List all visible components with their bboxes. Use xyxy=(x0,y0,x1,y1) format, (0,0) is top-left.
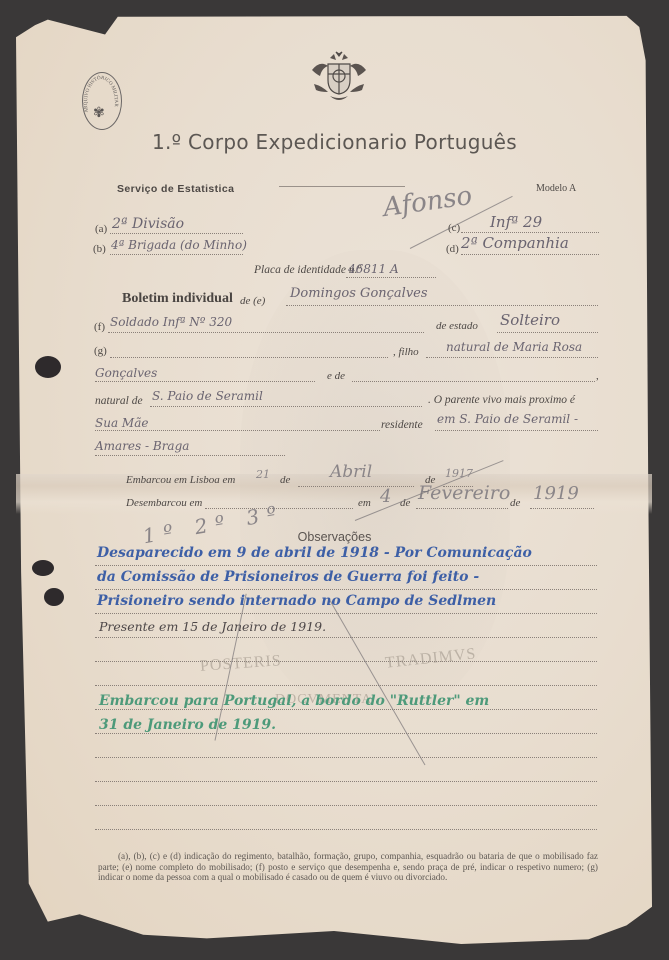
bulletin-label: Boletim individual xyxy=(122,291,233,307)
page-title: 1.º Corpo Expedicionario Português xyxy=(0,130,669,154)
field-f-value: Soldado Infª Nº 320 xyxy=(110,315,232,329)
estado-value: Solteiro xyxy=(500,311,560,329)
observation-line xyxy=(95,781,597,782)
desembarcou-em: em xyxy=(358,497,371,509)
embarcou-label: Embarcou em Lisboa em xyxy=(126,474,235,486)
soldier-name: Domingos Gonçalves xyxy=(290,286,428,301)
estado-label: de estado xyxy=(436,320,478,332)
observation-line xyxy=(95,685,597,686)
royal-crest-icon xyxy=(306,50,372,104)
field-d-line xyxy=(461,254,599,255)
natural-line xyxy=(150,406,422,407)
desembarcou-month: Fevereiro xyxy=(418,482,510,504)
natural-value: S. Paio de Seramil xyxy=(152,389,263,403)
field-a-value: 2ª Divisão xyxy=(112,216,184,232)
desembarcou-year-line xyxy=(530,508,594,509)
e-de-label: e de xyxy=(327,370,345,382)
embarcou-month-line xyxy=(298,486,414,487)
name-line xyxy=(286,305,598,306)
desembarcou-de2: de xyxy=(510,497,520,509)
field-c-line xyxy=(461,232,599,233)
observation-line xyxy=(95,565,597,566)
residente-cont-line xyxy=(95,455,285,456)
identity-plate-line xyxy=(346,277,436,278)
parente-line xyxy=(95,430,380,431)
embarcou-de: de xyxy=(280,474,290,486)
filho-value: natural de Maria Rosa xyxy=(446,340,582,354)
comma: , xyxy=(596,370,599,382)
observation-line xyxy=(95,589,597,590)
residente-cont-value: Amares - Braga xyxy=(95,439,189,453)
filho-cont-line xyxy=(95,381,315,382)
natural-label: natural de xyxy=(95,395,143,407)
desembarcou-year: 1919 xyxy=(533,483,579,504)
e-de-line xyxy=(352,381,595,382)
field-b-label: (b) xyxy=(93,243,106,255)
field-c-value: Infª 29 xyxy=(490,213,542,231)
desembarcou-month-line xyxy=(416,508,508,509)
observation-entry: Desaparecido em 9 de abril de 1918 - Por… xyxy=(97,545,532,561)
observation-line xyxy=(95,805,597,806)
residente-line xyxy=(435,430,598,431)
identity-plate-value: 46811 A xyxy=(348,262,399,276)
service-label: Serviço de Estatistica xyxy=(117,183,234,195)
field-d-value: 2ª Companhia xyxy=(461,234,569,252)
field-d-label: (d) xyxy=(446,243,459,255)
footnote: (a), (b), (c) e (d) indicação do regimen… xyxy=(98,851,598,883)
field-a-label: (a) xyxy=(95,223,107,235)
bulletin-de-label: de (e) xyxy=(240,295,265,307)
residente-label: residente xyxy=(381,419,423,431)
field-f-line xyxy=(108,332,424,333)
observation-line xyxy=(95,637,597,638)
identity-plate-label: Placa de identidade n.º xyxy=(254,264,361,276)
punch-hole xyxy=(32,560,54,576)
punch-hole xyxy=(44,588,64,606)
field-c-label: (c) xyxy=(448,222,460,234)
field-g-label: (g) xyxy=(94,345,107,357)
archive-stamp: ARQUIVO HISTÓRICO MILITAR ✾ xyxy=(82,72,122,130)
observation-entry: Presente em 15 de Janeiro de 1919. xyxy=(99,619,326,634)
observation-line xyxy=(95,661,597,662)
field-a-line xyxy=(110,233,243,234)
desembarcou-day: 4 xyxy=(380,486,391,507)
observation-line xyxy=(95,757,597,758)
embarcou-day: 21 xyxy=(256,468,270,481)
observation-line xyxy=(95,829,597,830)
punch-hole xyxy=(35,356,61,378)
observation-entry: Embarcou para Portugal, a bordo do "Rutt… xyxy=(99,693,489,709)
header-rule xyxy=(279,186,405,187)
field-b-value: 4ª Brigada (do Minho) xyxy=(111,238,247,252)
observation-line xyxy=(95,733,597,734)
observation-entry: Prisioneiro sendo internado no Campo de … xyxy=(97,593,496,609)
field-g-line xyxy=(110,357,388,358)
estado-line xyxy=(497,332,598,333)
observation-line xyxy=(95,613,597,614)
filho-line xyxy=(426,357,598,358)
stamp-crest-icon: ✾ xyxy=(93,105,105,122)
residente-value: em S. Paio de Seramil - xyxy=(437,412,578,426)
filho-label: , filho xyxy=(393,346,419,358)
field-f-label: (f) xyxy=(94,321,105,333)
field-b-line xyxy=(110,254,243,255)
filho-cont-value: Gonçalves xyxy=(95,366,157,380)
observation-line xyxy=(95,709,597,710)
observation-entry: da Comissão de Prisioneiros de Guerra fo… xyxy=(97,569,479,585)
embarcou-month: Abril xyxy=(330,462,372,482)
observations-title: Observações xyxy=(0,530,669,544)
parente-value: Sua Mãe xyxy=(95,416,148,430)
observation-entry: 31 de Janeiro de 1919. xyxy=(99,717,276,733)
desembarcou-label: Desembarcou em xyxy=(126,497,202,509)
model-label: Modelo A xyxy=(536,183,576,194)
parente-label: . O parente vivo mais proximo é xyxy=(428,394,575,406)
